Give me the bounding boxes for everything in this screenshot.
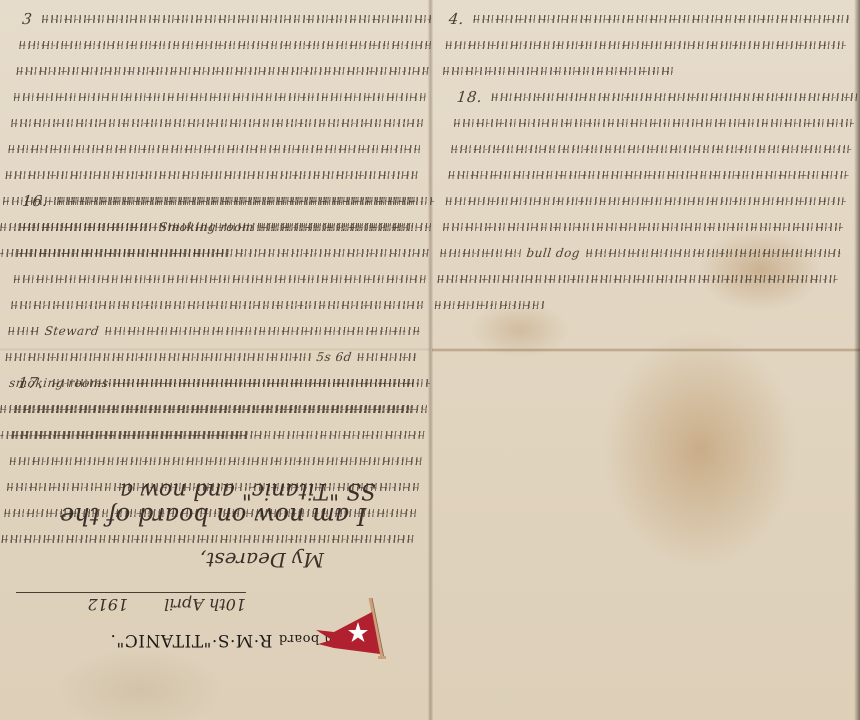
section-number: 4. xyxy=(447,6,465,32)
letterhead-ship-name: R·M·S·"TITANIC". xyxy=(110,630,272,650)
section-number: 17. xyxy=(17,370,45,396)
fold-crease-left xyxy=(0,348,430,351)
white-star-line-flag-icon xyxy=(312,592,392,664)
left-page: 3 Smoking room 16. Steward 5s 6d smoking… xyxy=(0,0,430,720)
section-number: 16. xyxy=(21,188,49,214)
letter-sheet: 3 Smoking room 16. Steward 5s 6d smoking… xyxy=(0,0,860,720)
printed-letterhead: On board R·M·S·"TITANIC". xyxy=(110,630,344,650)
right-page: 4. 18. bull dog xyxy=(432,0,860,720)
handwritten-block-section-18: 18. bull dog xyxy=(434,84,859,318)
salutation: My Dearest, xyxy=(200,548,324,572)
inline-english-bulldog: bull dog xyxy=(525,240,581,266)
section-number: 18. xyxy=(456,84,484,110)
section-number: 3 xyxy=(21,6,34,32)
paper-edge xyxy=(854,0,860,720)
inline-english-steward: Steward xyxy=(43,318,100,344)
date-day-month: 10th April xyxy=(164,595,246,614)
english-line-2: SS "Titanic" and now a xyxy=(120,478,376,503)
handwritten-block-section-4: 4. xyxy=(442,6,850,84)
letter-date: 10th April 1912 xyxy=(16,592,246,614)
date-year: 1912 xyxy=(87,595,128,614)
english-line-1: I am now on board of the xyxy=(60,502,366,530)
